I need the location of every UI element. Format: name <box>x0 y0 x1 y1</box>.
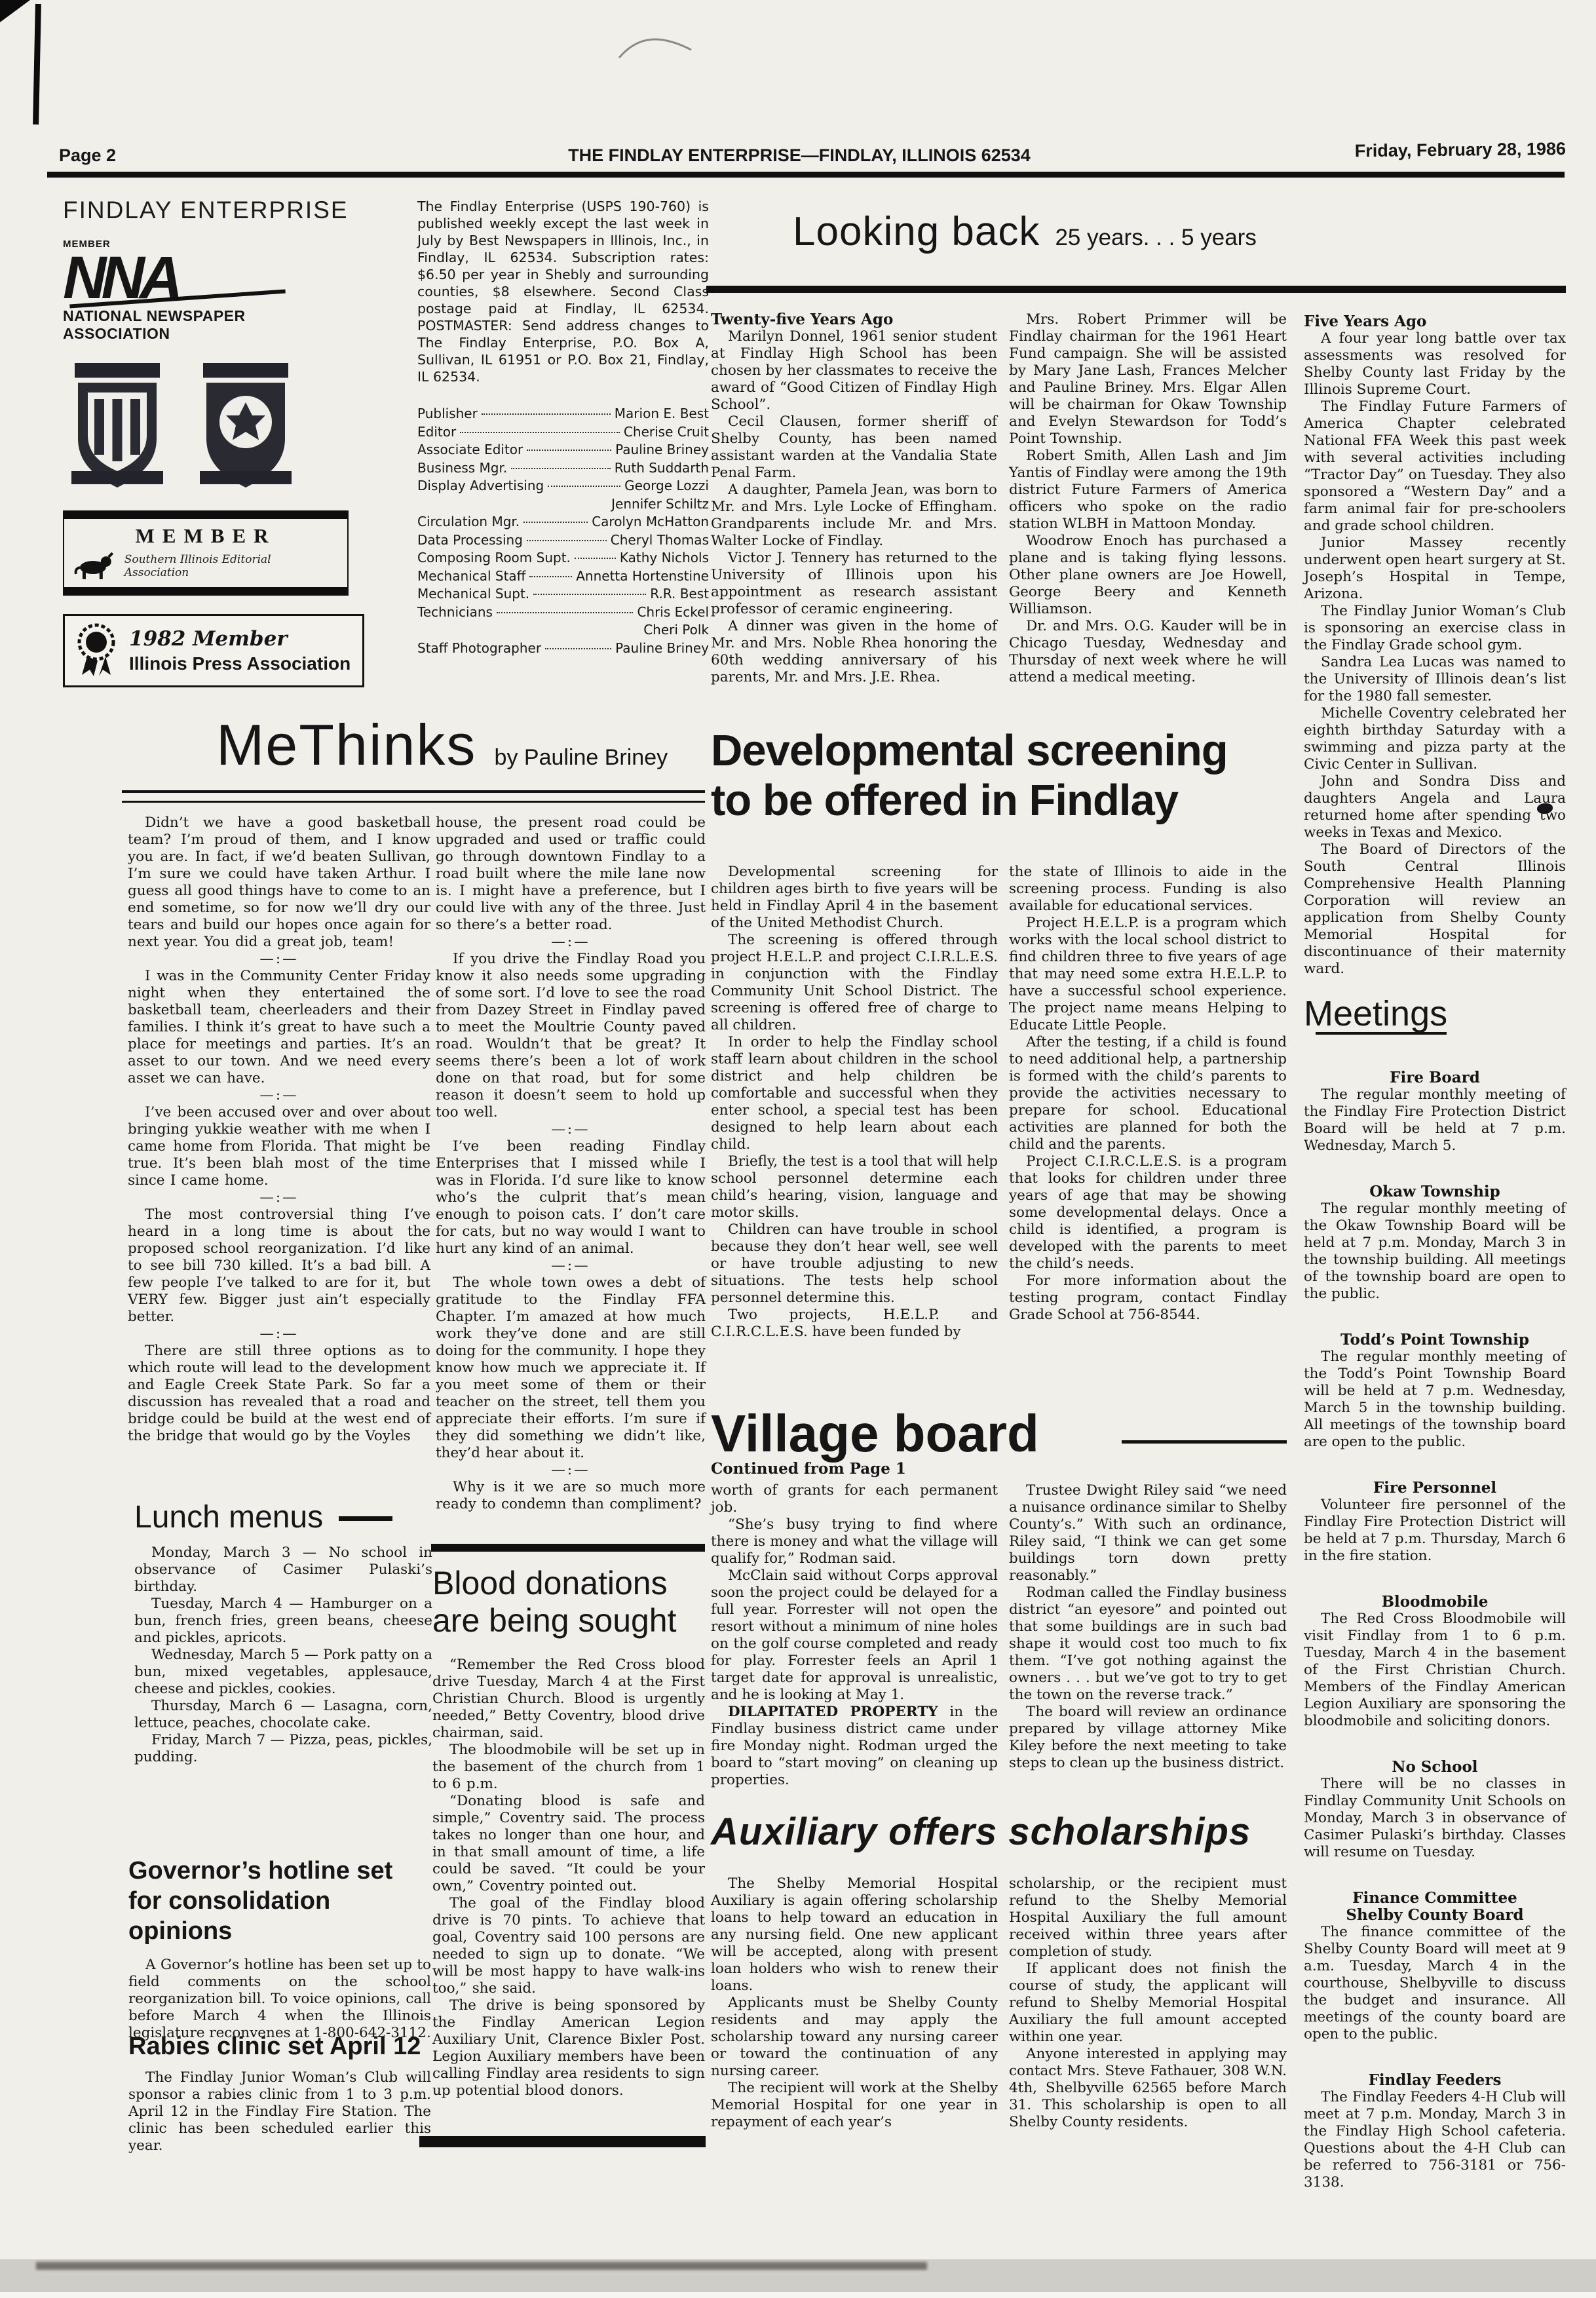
article-paragraph: If applicant does not finish the course … <box>1009 1961 1287 2046</box>
governors-hotline-section: Governor’s hotline set for consolidation… <box>128 1856 436 2042</box>
article-paragraph: McClain said without Corps approval soon… <box>711 1567 998 1704</box>
staff-role: Publisher <box>417 405 478 423</box>
staff-name: Pauline Briney <box>615 640 709 658</box>
article-paragraph: Mrs. Robert Primmer will be Findlay chai… <box>1009 311 1287 448</box>
meeting-body: Volunteer fire personnel of the Findlay … <box>1304 1497 1566 1565</box>
column-paragraph: Didn’t we have a good basketball team? I… <box>128 814 430 951</box>
section-divider: —:— <box>436 1121 706 1138</box>
staff-role: Technicians <box>417 603 493 622</box>
staff-row: Display AdvertisingGeorge Lozzi <box>417 477 709 495</box>
looking-back-col2: Mrs. Robert Primmer will be Findlay chai… <box>1009 311 1287 686</box>
dot-leader <box>529 576 572 577</box>
staff-role: Display Advertising <box>417 477 544 495</box>
lunch-item: Thursday, March 6 — Lasagna, corn, lettu… <box>134 1698 432 1732</box>
meeting-body: The regular monthly meeting of the Okaw … <box>1304 1200 1566 1303</box>
staff-name: Ruth Suddarth <box>615 459 709 478</box>
village-board-headline: Village board <box>711 1404 1039 1464</box>
methinks-col2: house, the present road could be upgrade… <box>436 814 706 1513</box>
article-paragraph: Rodman called the Findlay business distr… <box>1009 1584 1287 1704</box>
staff-name: Carolyn McHatton <box>592 513 709 531</box>
staff-role: Editor <box>417 423 456 442</box>
dot-leader <box>575 558 616 559</box>
column-paragraph: house, the present road could be upgrade… <box>436 814 706 934</box>
article-paragraph: John and Sondra Diss and daughters Angel… <box>1304 773 1566 841</box>
article-paragraph: Briefly, the test is a tool that will he… <box>711 1153 998 1221</box>
article-paragraph: The screening is offered through project… <box>711 932 998 1034</box>
meetings-header: Meetings <box>1304 1005 1566 1047</box>
dot-leader <box>548 486 620 487</box>
column-paragraph: I’ve been accused over and over about br… <box>128 1104 430 1189</box>
column-paragraph: I was in the Community Center Friday nig… <box>128 968 430 1087</box>
article-paragraph: Junior Massey recently underwent open he… <box>1304 535 1566 603</box>
lunch-item: Wednesday, March 5 — Pork patty on a bun… <box>134 1647 432 1698</box>
meeting-section-bloodmobile: Bloodmobile The Red Cross Bloodmobile wi… <box>1304 1594 1566 1730</box>
nna-association-label: NATIONAL NEWSPAPER ASSOCIATION <box>63 307 279 343</box>
lunch-menus-section: Lunch menus Monday, March 3 — No school … <box>134 1499 442 1766</box>
press-association-badge: 1982 Member Illinois Press Association <box>63 614 364 687</box>
staff-role: Mechanical Supt. <box>417 585 529 603</box>
meeting-section-todds-point: Todd’s Point Township The regular monthl… <box>1304 1331 1566 1451</box>
article-paragraph: A daughter, Pamela Jean, was born to Mr.… <box>711 482 997 550</box>
staff-row: Mechanical Supt.R.R. Best <box>417 585 709 603</box>
lunch-item: Monday, March 3 — No school in observanc… <box>134 1544 432 1596</box>
looking-back-header: Looking back 25 years. . . 5 years <box>793 208 1257 255</box>
dog-icon <box>73 552 115 581</box>
article-paragraph: Anyone interested in applying may contac… <box>1009 2046 1287 2131</box>
article-paragraph: The goal of the Findlay blood drive is 7… <box>432 1895 705 1997</box>
article-paragraph: In order to help the Findlay school staf… <box>711 1034 998 1153</box>
staff-name: Cheri Polk <box>643 621 709 640</box>
scan-artifact-bottom-streak <box>36 2262 927 2270</box>
meeting-body: There will be no classes in Findlay Comm… <box>1304 1776 1566 1861</box>
looking-back-subtitle: 25 years. . . 5 years <box>1055 225 1256 250</box>
dot-leader <box>527 540 607 541</box>
article-paragraph: Two projects, H.E.L.P. and C.I.R.C.L.E.S… <box>711 1307 998 1341</box>
hotline-heading-line2: for consolidation opinions <box>128 1886 436 1946</box>
section-divider: —:— <box>436 1462 706 1479</box>
article-paragraph: Developmental screening for children age… <box>711 864 998 932</box>
meeting-heading: Todd’s Point Township <box>1304 1331 1566 1349</box>
header-rule <box>47 172 1565 178</box>
article-paragraph: Applicants must be Shelby County residen… <box>711 1995 998 2080</box>
hotline-body: A Governor’s hotline has been set up to … <box>128 1957 431 2042</box>
column-paragraph: I’ve been reading Findlay Enterprises th… <box>436 1138 706 1257</box>
methinks-header: MeThinks by Pauline Briney <box>216 712 668 778</box>
dot-leader <box>497 612 634 613</box>
lunch-menus-rule <box>339 1516 392 1521</box>
meetings-title: Meetings <box>1304 994 1447 1033</box>
article-paragraph: The Findlay Junior Woman’s Club is spons… <box>1304 603 1566 654</box>
staff-role: Staff Photographer <box>417 640 541 658</box>
staff-role: Business Mgr. <box>417 459 507 478</box>
scan-artifact-squiggle <box>616 31 694 64</box>
banner-bottom-bar <box>64 587 347 596</box>
staff-name: Pauline Briney <box>615 441 709 459</box>
methinks-title: MeThinks <box>216 712 476 777</box>
column-paragraph: Why is it we are so much more ready to c… <box>436 1479 706 1513</box>
seal-icon <box>73 622 120 679</box>
methinks-rule <box>122 790 705 803</box>
staff-role: Data Processing <box>417 531 523 550</box>
section-divider: —:— <box>128 1087 430 1104</box>
article-paragraph: For more information about the testing p… <box>1009 1273 1287 1324</box>
meeting-section-fire-personnel: Fire Personnel Volunteer fire personnel … <box>1304 1480 1566 1565</box>
staff-row: TechniciansChris Eckel <box>417 603 709 622</box>
scan-artifact-bottom-edge <box>0 2292 1596 2298</box>
meeting-heading: Fire Board <box>1304 1069 1566 1086</box>
methinks-col1: Didn’t we have a good basketball team? I… <box>128 814 430 1445</box>
meeting-heading: Finance Committee <box>1304 1890 1566 1907</box>
article-paragraph: A four year long battle over tax assessm… <box>1304 330 1566 398</box>
auxiliary-headline: Auxiliary offers scholarships <box>711 1810 1307 1854</box>
developmental-screening-headline: Developmental screening to be offered in… <box>711 726 1301 826</box>
meeting-section-okaw-township: Okaw Township The regular monthly meetin… <box>1304 1183 1566 1303</box>
headline-line2: to be offered in Findlay <box>711 776 1301 826</box>
five-years-heading: Five Years Ago <box>1304 313 1566 330</box>
blood-donations-title-line2: are being sought <box>432 1602 708 1639</box>
dot-leader <box>527 450 611 451</box>
article-paragraph: Marilyn Donnel, 1961 senior student at F… <box>711 328 997 413</box>
looking-back-col1: Twenty-five Years Ago Marilyn Donnel, 19… <box>711 311 997 686</box>
village-board-rule <box>1122 1440 1287 1444</box>
contest-shield-icon <box>68 360 166 491</box>
meeting-body: The Red Cross Bloodmobile will visit Fin… <box>1304 1611 1566 1730</box>
auxiliary-col1: The Shelby Memorial Hospital Auxiliary i… <box>711 1875 998 2131</box>
masthead-about-text: The Findlay Enterprise (USPS 190-760) is… <box>417 198 709 385</box>
meeting-body: The finance committee of the Shelby Coun… <box>1304 1924 1566 2043</box>
section-divider: —:— <box>128 1189 430 1206</box>
dot-leader <box>482 413 611 415</box>
staff-name: Cherise Cruit <box>624 423 709 442</box>
page-number: Page 2 <box>59 145 116 166</box>
article-paragraph: Cecil Clausen, former sheriff of Shelby … <box>711 413 997 482</box>
meeting-heading: No School <box>1304 1759 1566 1776</box>
nna-logo: MEMBER NNA NATIONAL NEWSPAPER ASSOCIATIO… <box>63 239 299 343</box>
meeting-heading: Fire Personnel <box>1304 1480 1566 1497</box>
meeting-body: The Findlay Feeders 4-H Club will meet a… <box>1304 2089 1566 2191</box>
paper-name: FINDLAY ENTERPRISE <box>63 197 407 224</box>
article-paragraph: Children can have trouble in school beca… <box>711 1221 998 1307</box>
meeting-body: The regular monthly meeting of the Findl… <box>1304 1086 1566 1155</box>
staff-row: PublisherMarion E. Best <box>417 405 709 423</box>
article-paragraph: The Board of Directors of the South Cent… <box>1304 841 1566 978</box>
meeting-section-findlay-feeders: Findlay Feeders The Findlay Feeders 4-H … <box>1304 2072 1566 2191</box>
contest-shield-icon <box>197 360 295 491</box>
scan-artifact-left-bar <box>33 4 41 124</box>
staff-row: Mechanical StaffAnnetta Hortenstine <box>417 567 709 586</box>
section-divider: —:— <box>436 934 706 951</box>
hotline-heading-line1: Governor’s hotline set <box>128 1856 436 1886</box>
column-paragraph: There are still three options as to whic… <box>128 1343 430 1445</box>
article-paragraph: The Findlay Future Farmers of America Ch… <box>1304 398 1566 535</box>
press-badge-org: Illinois Press Association <box>129 653 351 674</box>
dot-leader <box>533 594 646 595</box>
lunch-item: Friday, March 7 — Pizza, peas, pickles, … <box>134 1732 432 1766</box>
staff-name: Chris Eckel <box>637 603 709 622</box>
blood-donations-bottom-rule <box>419 2136 706 2147</box>
staff-role: Mechanical Staff <box>417 567 525 586</box>
article-paragraph: worth of grants for each permanent job. <box>711 1482 998 1516</box>
article-paragraph: Michelle Coventry celebrated her eighth … <box>1304 705 1566 773</box>
article-paragraph: Dr. and Mrs. O.G. Kauder will be in Chic… <box>1009 618 1287 686</box>
looking-back-title: Looking back <box>793 209 1040 254</box>
article-paragraph: scholarship, or the recipient must refun… <box>1009 1875 1287 1961</box>
auxiliary-col2: scholarship, or the recipient must refun… <box>1009 1875 1287 2131</box>
article-paragraph: Sandra Lea Lucas was named to the Univer… <box>1304 654 1566 705</box>
scan-artifact-corner <box>0 0 30 22</box>
article-paragraph: Project H.E.L.P. is a program which work… <box>1009 915 1287 1034</box>
village-board-col2: Trustee Dwight Riley said “we need a nui… <box>1009 1482 1287 1772</box>
staff-role: Associate Editor <box>417 441 523 459</box>
methinks-byline: by Pauline Briney <box>495 745 668 770</box>
dot-leader <box>545 648 611 649</box>
staff-row: Jennifer Schiltz <box>417 495 709 514</box>
masthead-info: The Findlay Enterprise (USPS 190-760) is… <box>417 198 709 657</box>
article-paragraph: Project C.I.R.C.L.E.S. is a program that… <box>1009 1153 1287 1273</box>
staff-row: Data ProcessingCheryl Thomas <box>417 531 709 550</box>
meeting-section-finance-committee: Finance Committee Shelby County Board Th… <box>1304 1890 1566 2043</box>
meeting-section-no-school: No School There will be no classes in Fi… <box>1304 1759 1566 1861</box>
section-divider: —:— <box>128 1326 430 1343</box>
blood-donations-title-line1: Blood donations <box>432 1565 708 1602</box>
meeting-section-fire-board: Fire Board The regular monthly meeting o… <box>1304 1069 1566 1155</box>
article-paragraph: Victor J. Tennery has returned to the Un… <box>711 550 997 618</box>
column-paragraph: The most controversial thing I’ve heard … <box>128 1206 430 1326</box>
lunch-item: Tuesday, March 4 — Hamburger on a bun, f… <box>134 1596 432 1647</box>
bold-lead: DILAPITATED PROPERTY <box>728 1704 938 1720</box>
article-paragraph: The Shelby Memorial Hospital Auxiliary i… <box>711 1875 998 1995</box>
contest-crests <box>68 360 407 491</box>
staff-role: Circulation Mgr. <box>417 513 520 531</box>
press-badge-year: 1982 Member <box>129 627 351 651</box>
staff-row: EditorCherise Cruit <box>417 423 709 442</box>
article-paragraph: After the testing, if a child is found t… <box>1009 1034 1287 1153</box>
dot-leader <box>460 432 620 433</box>
article-paragraph: “Remember the Red Cross blood drive Tues… <box>432 1656 705 1742</box>
article-paragraph: Woodrow Enoch has purchased a plane and … <box>1009 533 1287 618</box>
headline-line1: Developmental screening <box>711 726 1301 776</box>
rabies-clinic-section: Rabies clinic set April 12 The Findlay J… <box>128 2031 436 2154</box>
staff-row: Circulation Mgr.Carolyn McHatton <box>417 513 709 531</box>
continued-from-page1: Continued from Page 1 <box>711 1460 906 1478</box>
blood-donations-section: Blood donations are being sought “Rememb… <box>432 1565 708 2099</box>
staff-row: Staff PhotographerPauline Briney <box>417 640 709 658</box>
page-header-title: THE FINDLAY ENTERPRISE—FINDLAY, ILLINOIS… <box>472 145 1127 166</box>
lunch-menus-title: Lunch menus <box>134 1500 323 1535</box>
article-paragraph: The board will review an ordinance prepa… <box>1009 1704 1287 1772</box>
meeting-heading: Okaw Township <box>1304 1183 1566 1200</box>
rabies-heading: Rabies clinic set April 12 <box>128 2031 436 2061</box>
column-paragraph: The whole town owes a debt of gratitude … <box>436 1274 706 1462</box>
article-paragraph: The bloodmobile will be set up in the ba… <box>432 1742 705 1793</box>
village-board-col1: worth of grants for each permanent job. … <box>711 1482 998 1789</box>
twenty-five-years-heading: Twenty-five Years Ago <box>711 311 997 328</box>
staff-name: Kathy Nichols <box>620 549 709 567</box>
staff-name: Cheryl Thomas <box>611 531 709 550</box>
article-paragraph: “Donating blood is safe and simple,” Cov… <box>432 1793 705 1895</box>
staff-name: Marion E. Best <box>615 405 709 423</box>
looking-back-rule <box>706 286 1566 293</box>
right-column: Five Years Ago A four year long battle o… <box>1304 313 1566 2191</box>
banner-top-bar <box>64 510 347 519</box>
staff-list: PublisherMarion E. Best EditorCherise Cr… <box>417 405 709 657</box>
meeting-heading-line2: Shelby County Board <box>1304 1907 1566 1924</box>
article-paragraph: The drive is being sponsored by the Find… <box>432 1997 705 2099</box>
developmental-screening-col1: Developmental screening for children age… <box>711 864 998 1341</box>
editorial-association-banner: MEMBER Southern Illinois Editorial Assoc… <box>63 510 349 596</box>
article-paragraph: Trustee Dwight Riley said “we need a nui… <box>1009 1482 1287 1584</box>
banner-member-label: MEMBER <box>64 519 347 549</box>
article-paragraph: A dinner was given in the home of Mr. an… <box>711 618 997 686</box>
staff-name: George Lozzi <box>624 477 709 495</box>
meeting-heading: Bloodmobile <box>1304 1594 1566 1611</box>
article-paragraph: the state of Illinois to aide in the scr… <box>1009 864 1287 915</box>
staff-row: Cheri Polk <box>417 621 709 640</box>
rabies-body: The Findlay Junior Woman’s Club will spo… <box>128 2069 431 2154</box>
blood-donations-top-rule <box>431 1544 705 1552</box>
staff-row: Composing Room Supt.Kathy Nichols <box>417 549 709 567</box>
column-paragraph: If you drive the Findlay Road you know i… <box>436 951 706 1121</box>
staff-name: Jennifer Schiltz <box>611 495 709 514</box>
staff-name: R.R. Best <box>650 585 709 603</box>
masthead-left: FINDLAY ENTERPRISE MEMBER NNA NATIONAL N… <box>63 197 407 687</box>
banner-association-label: Southern Illinois Editorial Association <box>124 553 338 579</box>
article-paragraph: Robert Smith, Allen Lash and Jim Yantis … <box>1009 448 1287 533</box>
section-divider: —:— <box>128 951 430 968</box>
page-header-date: Friday, February 28, 1986 <box>1304 139 1566 162</box>
dot-leader <box>523 522 588 523</box>
meeting-body: The regular monthly meeting of the Todd’… <box>1304 1349 1566 1451</box>
meeting-heading: Findlay Feeders <box>1304 2072 1566 2089</box>
article-paragraph: The recipient will work at the Shelby Me… <box>711 2080 998 2131</box>
dot-leader <box>511 468 610 469</box>
article-paragraph: “She’s busy trying to find where there i… <box>711 1516 998 1567</box>
meetings-rule <box>1316 1032 1447 1035</box>
staff-name: Annetta Hortenstine <box>576 567 709 586</box>
article-paragraph: DILAPITATED PROPERTY in the Findlay busi… <box>711 1704 998 1789</box>
staff-row: Associate EditorPauline Briney <box>417 441 709 459</box>
section-divider: —:— <box>436 1257 706 1274</box>
staff-role: Composing Room Supt. <box>417 549 571 567</box>
developmental-screening-col2: the state of Illinois to aide in the scr… <box>1009 864 1287 1324</box>
staff-row: Business Mgr.Ruth Suddarth <box>417 459 709 478</box>
